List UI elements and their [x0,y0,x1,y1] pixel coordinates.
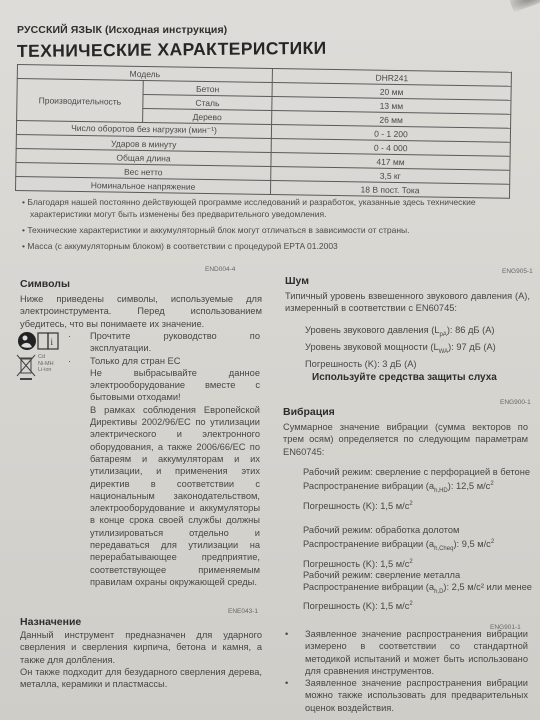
vibration-intro: Суммарное значение вибрации (сумма векто… [283,421,528,458]
symbol-item: В рамках соблюдения Европейской Директив… [90,404,260,588]
purpose-heading: Назначение [20,616,81,628]
note-item: • Благодаря нашей постоянно действующей … [22,196,512,220]
section-code: ENG900-1 [500,399,531,406]
noise-values: Уровень звукового давления (LpA): 86 дБ … [285,324,540,371]
bullet-item: •Заявленное значение распространения виб… [283,677,528,714]
section-code: ENE043-1 [228,608,258,615]
crossed-bin-icon [17,355,35,380]
symbol-item: Не выбрасывайте данное электрооборудован… [90,367,260,404]
svg-text:i: i [51,337,54,347]
vibration-mode: Рабочий режим: сверление с перфорацией в… [283,466,540,512]
section-code: ENG905-1 [502,268,533,275]
battery-labels: Cd Ni-MH Li-ion [38,354,54,374]
section-code: END004-4 [205,266,235,273]
purpose-text: Данный инструмент предназначен для ударн… [20,629,262,690]
capacity-label: Производительность [17,79,144,123]
noise-line: Погрешность (K): 3 дБ (A) [305,358,540,370]
symbol-item: ·Только для стран ЕС [90,355,260,367]
symbol-icons: i Cd Ni-MH Li-ion [16,332,86,397]
symbols-list: ·Прочтите руководство по эксплуатации. ·… [90,330,260,588]
symbol-item: ·Прочтите руководство по эксплуатации. [90,330,260,355]
vibration-mode: Рабочий режим: обработка долотом Распрос… [283,524,540,570]
vibration-heading: Вибрация [283,406,335,418]
bullet-item: •Заявленное значение распространения виб… [283,628,528,677]
noise-line: Уровень звукового давления (LpA): 86 дБ … [305,324,540,341]
noise-line: Уровень звуковой мощности (LWA): 97 дБ (… [305,341,540,358]
language-label: РУССКИЙ ЯЗЫК (Исходная инструкция) [17,24,227,36]
page-title: ТЕХНИЧЕСКИЕ ХАРАКТЕРИСТИКИ [17,38,327,62]
page-edge-shadow [508,0,540,12]
spec-label: Номинальное напряжение [16,176,271,194]
noise-intro: Типичный уровень взвешенного звукового д… [285,290,530,315]
spec-table: Модель DHR241 Производительность Бетон 2… [15,64,512,199]
declared-bullets: •Заявленное значение распространения виб… [283,628,528,714]
symbols-intro: Ниже приведены символы, используемые для… [20,293,262,330]
symbols-heading: Символы [20,278,70,290]
hearing-protection-warning: Используйте средства защиты слуха [312,372,497,383]
manual-page: РУССКИЙ ЯЗЫК (Исходная инструкция) ТЕХНИ… [0,0,540,720]
note-item: • Масса (с аккумуляторным блоком) в соот… [22,240,512,252]
vibration-mode: Рабочий режим: сверление металла Распрос… [283,569,540,613]
spec-notes: • Благодаря нашей постоянно действующей … [22,196,512,256]
noise-heading: Шум [285,275,309,287]
note-item: • Технические характеристики и аккумулят… [22,224,512,236]
